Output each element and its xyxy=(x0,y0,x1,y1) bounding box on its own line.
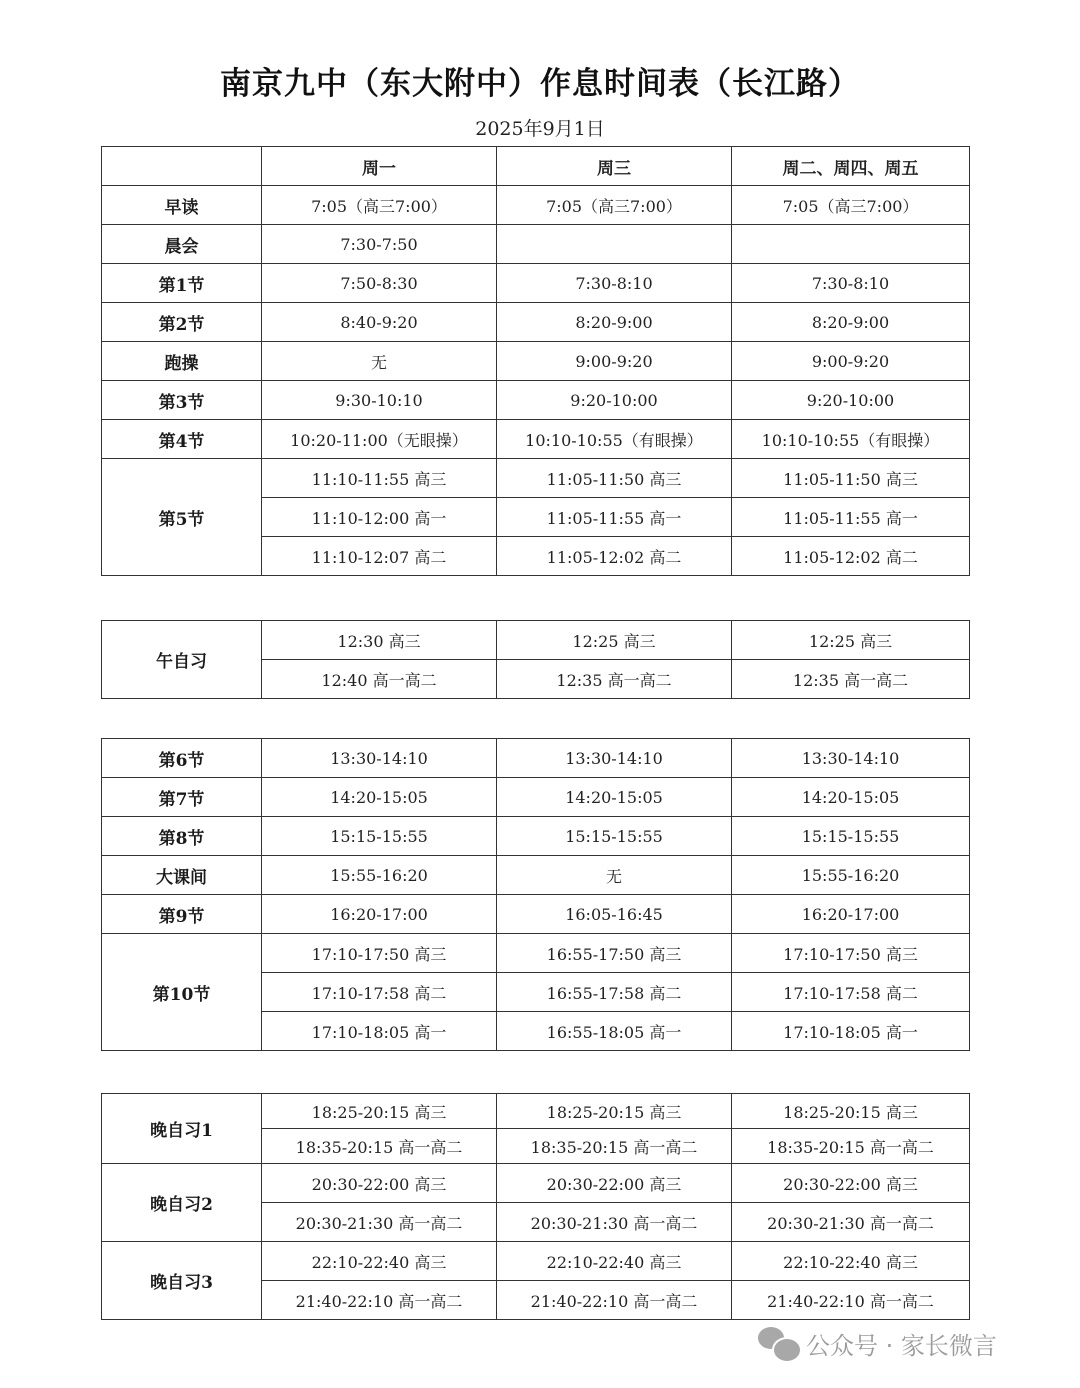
row-label: 晚自习2 xyxy=(102,1164,262,1242)
cell-tue-thu-fri: 17:10-17:58 高二 xyxy=(732,973,970,1012)
cell-wednesday: 14:20-15:05 xyxy=(497,778,732,817)
cell-monday: 20:30-21:30 高一高二 xyxy=(262,1203,497,1242)
cell-wednesday: 16:05-16:45 xyxy=(497,895,732,934)
cell-tue-thu-fri: 18:25-20:15 高三 xyxy=(732,1094,970,1129)
cell-monday: 7:05（高三7:00） xyxy=(262,186,497,225)
cell-tue-thu-fri: 13:30-14:10 xyxy=(732,739,970,778)
row-label: 第9节 xyxy=(102,895,262,934)
cell-wednesday: 20:30-21:30 高一高二 xyxy=(497,1203,732,1242)
header-monday: 周一 xyxy=(262,147,497,186)
cell-wednesday: 11:05-12:02 高二 xyxy=(497,537,732,576)
cell-monday: 17:10-18:05 高一 xyxy=(262,1012,497,1051)
cell-tue-thu-fri xyxy=(732,225,970,264)
row-label: 第7节 xyxy=(102,778,262,817)
table-row: 第1节 7:50-8:30 7:30-8:10 7:30-8:10 xyxy=(102,264,970,303)
cell-wednesday: 16:55-17:50 高三 xyxy=(497,934,732,973)
cell-monday: 8:40-9:20 xyxy=(262,303,497,342)
row-label: 早读 xyxy=(102,186,262,225)
row-label: 第1节 xyxy=(102,264,262,303)
cell-monday: 12:30 高三 xyxy=(262,621,497,660)
cell-monday: 21:40-22:10 高一高二 xyxy=(262,1281,497,1320)
watermark-text: 公众号 · 家长微言 xyxy=(806,1326,997,1361)
cell-wednesday xyxy=(497,225,732,264)
row-label: 第4节 xyxy=(102,420,262,459)
cell-tue-thu-fri: 17:10-17:50 高三 xyxy=(732,934,970,973)
header-wednesday: 周三 xyxy=(497,147,732,186)
cell-monday: 17:10-17:50 高三 xyxy=(262,934,497,973)
table-row: 第3节 9:30-10:10 9:20-10:00 9:20-10:00 xyxy=(102,381,970,420)
cell-monday: 7:50-8:30 xyxy=(262,264,497,303)
row-label: 晚自习3 xyxy=(102,1242,262,1320)
row-label: 跑操 xyxy=(102,342,262,381)
wechat-icon xyxy=(758,1327,800,1361)
cell-tue-thu-fri: 11:05-11:55 高一 xyxy=(732,498,970,537)
watermark: 公众号 · 家长微言 xyxy=(758,1326,997,1361)
cell-monday: 7:30-7:50 xyxy=(262,225,497,264)
table-row: 第9节 16:20-17:00 16:05-16:45 16:20-17:00 xyxy=(102,895,970,934)
cell-tue-thu-fri: 22:10-22:40 高三 xyxy=(732,1242,970,1281)
row-label: 第6节 xyxy=(102,739,262,778)
page-title: 南京九中（东大附中）作息时间表（长江路） xyxy=(0,58,1080,103)
cell-wednesday: 9:20-10:00 xyxy=(497,381,732,420)
table-row: 第10节 17:10-17:50 高三 16:55-17:50 高三 17:10… xyxy=(102,934,970,973)
cell-wednesday: 7:05（高三7:00） xyxy=(497,186,732,225)
row-label: 第2节 xyxy=(102,303,262,342)
cell-tue-thu-fri: 16:20-17:00 xyxy=(732,895,970,934)
cell-tue-thu-fri: 20:30-22:00 高三 xyxy=(732,1164,970,1203)
cell-monday: 18:35-20:15 高一高二 xyxy=(262,1129,497,1164)
cell-wednesday: 18:25-20:15 高三 xyxy=(497,1094,732,1129)
cell-wednesday: 15:15-15:55 xyxy=(497,817,732,856)
cell-tue-thu-fri: 12:25 高三 xyxy=(732,621,970,660)
cell-wednesday: 13:30-14:10 xyxy=(497,739,732,778)
cell-tue-thu-fri: 11:05-12:02 高二 xyxy=(732,537,970,576)
cell-monday: 13:30-14:10 xyxy=(262,739,497,778)
cell-monday: 11:10-12:00 高一 xyxy=(262,498,497,537)
table-row: 第8节 15:15-15:55 15:15-15:55 15:15-15:55 xyxy=(102,817,970,856)
row-label: 第5节 xyxy=(102,459,262,576)
cell-wednesday: 10:10-10:55（有眼操） xyxy=(497,420,732,459)
table-row: 晚自习1 18:25-20:15 高三 18:25-20:15 高三 18:25… xyxy=(102,1094,970,1129)
cell-monday: 15:55-16:20 xyxy=(262,856,497,895)
table-row: 早读 7:05（高三7:00） 7:05（高三7:00） 7:05（高三7:00… xyxy=(102,186,970,225)
cell-tue-thu-fri: 14:20-15:05 xyxy=(732,778,970,817)
header-row: 周一 周三 周二、周四、周五 xyxy=(102,147,970,186)
cell-monday: 20:30-22:00 高三 xyxy=(262,1164,497,1203)
table-row: 晨会 7:30-7:50 xyxy=(102,225,970,264)
cell-monday: 18:25-20:15 高三 xyxy=(262,1094,497,1129)
afternoon-schedule-table: 第6节 13:30-14:10 13:30-14:10 13:30-14:10 … xyxy=(101,738,970,1051)
cell-monday: 16:20-17:00 xyxy=(262,895,497,934)
cell-wednesday: 16:55-17:58 高二 xyxy=(497,973,732,1012)
cell-monday: 11:10-11:55 高三 xyxy=(262,459,497,498)
cell-wednesday: 8:20-9:00 xyxy=(497,303,732,342)
cell-wednesday: 18:35-20:15 高一高二 xyxy=(497,1129,732,1164)
noon-study-table: 午自习 12:30 高三 12:25 高三 12:25 高三 12:40 高一高… xyxy=(101,620,970,699)
table-row: 第4节 10:20-11:00（无眼操） 10:10-10:55（有眼操） 10… xyxy=(102,420,970,459)
evening-study-table: 晚自习1 18:25-20:15 高三 18:25-20:15 高三 18:25… xyxy=(101,1093,970,1320)
cell-wednesday: 20:30-22:00 高三 xyxy=(497,1164,732,1203)
cell-tue-thu-fri: 21:40-22:10 高一高二 xyxy=(732,1281,970,1320)
cell-wednesday: 22:10-22:40 高三 xyxy=(497,1242,732,1281)
cell-wednesday: 12:25 高三 xyxy=(497,621,732,660)
row-label: 午自习 xyxy=(102,621,262,699)
row-label: 晚自习1 xyxy=(102,1094,262,1164)
cell-wednesday: 11:05-11:55 高一 xyxy=(497,498,732,537)
cell-tue-thu-fri: 15:15-15:55 xyxy=(732,817,970,856)
cell-tue-thu-fri: 10:10-10:55（有眼操） xyxy=(732,420,970,459)
cell-tue-thu-fri: 9:20-10:00 xyxy=(732,381,970,420)
table-row: 跑操 无 9:00-9:20 9:00-9:20 xyxy=(102,342,970,381)
table-row: 第7节 14:20-15:05 14:20-15:05 14:20-15:05 xyxy=(102,778,970,817)
row-label: 第10节 xyxy=(102,934,262,1051)
cell-monday: 17:10-17:58 高二 xyxy=(262,973,497,1012)
cell-monday: 14:20-15:05 xyxy=(262,778,497,817)
header-tue-thu-fri: 周二、周四、周五 xyxy=(732,147,970,186)
row-label: 大课间 xyxy=(102,856,262,895)
table-row: 第2节 8:40-9:20 8:20-9:00 8:20-9:00 xyxy=(102,303,970,342)
cell-wednesday: 7:30-8:10 xyxy=(497,264,732,303)
cell-monday: 15:15-15:55 xyxy=(262,817,497,856)
cell-tue-thu-fri: 12:35 高一高二 xyxy=(732,660,970,699)
row-label: 第8节 xyxy=(102,817,262,856)
table-row: 晚自习3 22:10-22:40 高三 22:10-22:40 高三 22:10… xyxy=(102,1242,970,1281)
cell-tue-thu-fri: 7:30-8:10 xyxy=(732,264,970,303)
cell-tue-thu-fri: 7:05（高三7:00） xyxy=(732,186,970,225)
table-row: 第6节 13:30-14:10 13:30-14:10 13:30-14:10 xyxy=(102,739,970,778)
row-label: 晨会 xyxy=(102,225,262,264)
cell-monday: 10:20-11:00（无眼操） xyxy=(262,420,497,459)
cell-wednesday: 无 xyxy=(497,856,732,895)
cell-tue-thu-fri: 11:05-11:50 高三 xyxy=(732,459,970,498)
cell-monday: 9:30-10:10 xyxy=(262,381,497,420)
table-row: 晚自习2 20:30-22:00 高三 20:30-22:00 高三 20:30… xyxy=(102,1164,970,1203)
cell-wednesday: 16:55-18:05 高一 xyxy=(497,1012,732,1051)
table-row: 第5节 11:10-11:55 高三 11:05-11:50 高三 11:05-… xyxy=(102,459,970,498)
cell-wednesday: 21:40-22:10 高一高二 xyxy=(497,1281,732,1320)
cell-tue-thu-fri: 9:00-9:20 xyxy=(732,342,970,381)
cell-monday: 11:10-12:07 高二 xyxy=(262,537,497,576)
cell-tue-thu-fri: 15:55-16:20 xyxy=(732,856,970,895)
row-label: 第3节 xyxy=(102,381,262,420)
header-blank xyxy=(102,147,262,186)
cell-monday: 22:10-22:40 高三 xyxy=(262,1242,497,1281)
cell-tue-thu-fri: 18:35-20:15 高一高二 xyxy=(732,1129,970,1164)
cell-tue-thu-fri: 17:10-18:05 高一 xyxy=(732,1012,970,1051)
cell-wednesday: 12:35 高一高二 xyxy=(497,660,732,699)
table-row: 大课间 15:55-16:20 无 15:55-16:20 xyxy=(102,856,970,895)
cell-monday: 12:40 高一高二 xyxy=(262,660,497,699)
effective-date: 2025年9月1日 xyxy=(0,114,1080,141)
cell-monday: 无 xyxy=(262,342,497,381)
cell-tue-thu-fri: 20:30-21:30 高一高二 xyxy=(732,1203,970,1242)
cell-tue-thu-fri: 8:20-9:00 xyxy=(732,303,970,342)
table-row: 午自习 12:30 高三 12:25 高三 12:25 高三 xyxy=(102,621,970,660)
cell-wednesday: 9:00-9:20 xyxy=(497,342,732,381)
morning-schedule-table: 周一 周三 周二、周四、周五 早读 7:05（高三7:00） 7:05（高三7:… xyxy=(101,146,970,576)
cell-wednesday: 11:05-11:50 高三 xyxy=(497,459,732,498)
